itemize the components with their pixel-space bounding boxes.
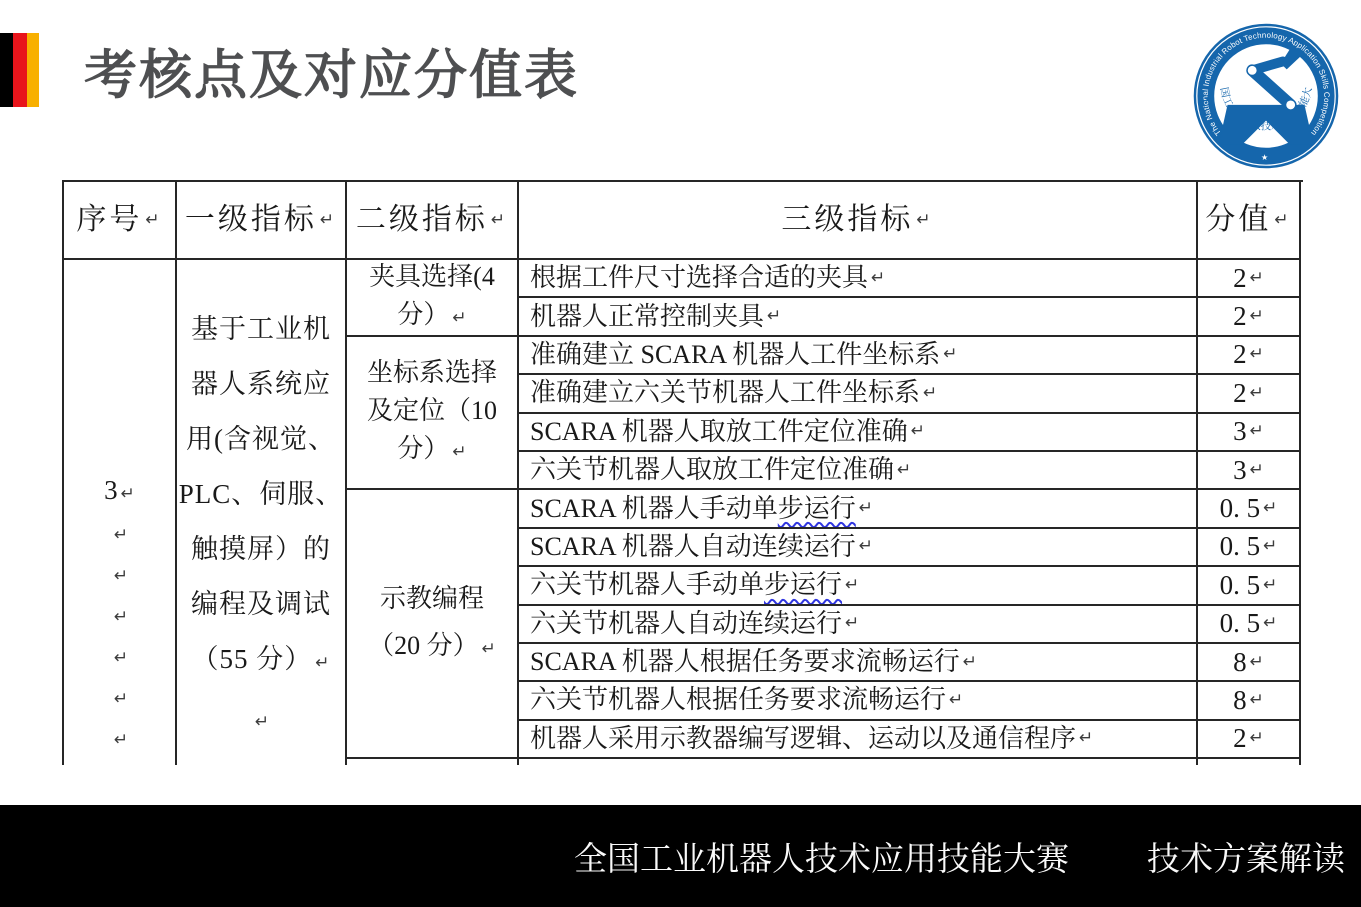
paragraph-mark: ↵ <box>845 615 859 632</box>
level2-line: 坐标系选择 <box>367 354 497 392</box>
level3-cell: SCARA 机器人自动连续运行↵ <box>519 529 1198 567</box>
paragraph-mark: ↵ <box>923 385 937 402</box>
logo-star-left: ★ <box>1204 94 1212 104</box>
score-cell: 3↵ <box>1198 452 1301 490</box>
level3-cell: 六关节机器人根据任务要求流畅运行↵ <box>519 682 1198 720</box>
level3-cell: 机器人采用示教器编写逻辑、运动以及通信程序↵ <box>519 721 1198 759</box>
level2-line: 分）↵ <box>397 430 466 471</box>
paragraph-mark: ↵ <box>491 212 508 229</box>
paragraph-mark: ↵ <box>1250 692 1264 709</box>
paragraph-mark: ↵ <box>255 712 270 732</box>
paragraph-mark: ↵ <box>767 308 781 325</box>
paragraph-mark: ↵ <box>859 500 873 517</box>
score-cell: 0. 5↵ <box>1198 567 1301 605</box>
level2-line: （20 分）↵ <box>368 622 496 673</box>
paragraph-mark: ↵ <box>1250 346 1264 363</box>
empty-paragraph: ↵ <box>111 513 128 554</box>
level2-line: 分）↵ <box>397 296 466 337</box>
level3-cell: SCARA 机器人根据任务要求流畅运行↵ <box>519 644 1198 682</box>
paragraph-mark: ↵ <box>871 270 885 287</box>
level2-line: 夹具选择(4 <box>369 260 495 296</box>
level3-cell: 准确建立 SCARA 机器人工件坐标系↵ <box>519 337 1198 375</box>
paragraph-mark: ↵ <box>943 346 957 363</box>
header-cell: 序号↵ <box>64 182 177 260</box>
paragraph-mark: ↵ <box>114 689 128 709</box>
flag-bar-red <box>13 33 27 107</box>
presentation-slide: 考核点及对应分值表 The National Industrial Robot … <box>0 0 1361 907</box>
score-cell: 2↵ <box>1198 298 1301 336</box>
paragraph-mark: ↵ <box>1263 500 1277 517</box>
paragraph-mark: ↵ <box>452 308 466 328</box>
paragraph-mark: ↵ <box>1250 308 1264 325</box>
paragraph-mark: ↵ <box>114 730 128 750</box>
score-partial-cell <box>1198 759 1301 765</box>
level3-cell: 六关节机器人自动连续运行↵ <box>519 606 1198 644</box>
score-cell: 2↵ <box>1198 375 1301 413</box>
level2-partial-cell <box>347 759 519 765</box>
spellcheck-wavy-underline: 步运行 <box>778 496 856 522</box>
paragraph-mark: ↵ <box>1250 654 1264 671</box>
level2-group-cell: 坐标系选择及定位（10分）↵ <box>347 337 519 491</box>
paragraph-mark: ↵ <box>145 212 162 229</box>
paragraph-mark: ↵ <box>963 654 977 671</box>
paragraph-mark: ↵ <box>1250 730 1264 747</box>
empty-paragraph: ↵ <box>111 595 128 636</box>
level3-cell: 准确建立六关节机器人工件坐标系↵ <box>519 375 1198 413</box>
header-cell: 一级指标↵ <box>177 182 347 260</box>
score-cell: 8↵ <box>1198 644 1301 682</box>
header-cell: 三级指标↵ <box>519 182 1198 260</box>
score-cell: 0. 5↵ <box>1198 529 1301 567</box>
score-cell: 2↵ <box>1198 337 1301 375</box>
level3-partial-cell <box>519 759 1198 765</box>
paragraph-mark: ↵ <box>949 692 963 709</box>
paragraph-mark: ↵ <box>916 212 933 229</box>
serial-number: 3↵ <box>104 472 135 513</box>
paragraph-mark: ↵ <box>482 639 496 659</box>
level1-indicator-cell: 基于工业机器人系统应用(含视觉、PLC、伺服、触摸屏）的编程及调试（55 分）↵… <box>177 260 347 765</box>
paragraph-mark: ↵ <box>1263 538 1277 555</box>
level3-cell: SCARA 机器人取放工件定位准确↵ <box>519 414 1198 452</box>
paragraph-mark: ↵ <box>315 653 330 673</box>
paragraph-mark: ↵ <box>1263 577 1277 594</box>
empty-paragraph: ↵ <box>111 636 128 677</box>
page-title: 考核点及对应分值表 <box>84 33 579 109</box>
level1-line: 用(含视觉、 <box>186 412 336 467</box>
level1-line: 器人系统应 <box>191 357 331 412</box>
paragraph-mark: ↵ <box>897 462 911 479</box>
level1-line: PLC、伺服、 <box>179 467 344 522</box>
serial-number-cell: 3↵↵↵↵↵↵↵↵ <box>64 260 177 765</box>
score-cell: 0. 5↵ <box>1198 606 1301 644</box>
level3-cell: 六关节机器人手动单步运行↵ <box>519 567 1198 605</box>
empty-paragraph: ↵ <box>111 677 128 718</box>
competition-logo: The National Industrial Robot Technology… <box>1192 22 1340 170</box>
paragraph-mark: ↵ <box>114 566 128 586</box>
score-cell: 8↵ <box>1198 682 1301 720</box>
flag-bar-black <box>0 33 13 107</box>
level2-line: 及定位（10 <box>367 392 497 430</box>
paragraph-mark: ↵ <box>1079 730 1093 747</box>
paragraph-mark: ↵ <box>1250 270 1264 287</box>
header-cell: 分值↵ <box>1198 182 1301 260</box>
level3-cell: 机器人正常控制夹具↵ <box>519 298 1198 336</box>
paragraph-mark: ↵ <box>114 525 128 545</box>
level2-group-cell: 夹具选择(4分）↵ <box>347 260 519 337</box>
level3-cell: 六关节机器人取放工件定位准确↵ <box>519 452 1198 490</box>
level2-group-cell: 示教编程（20 分）↵ <box>347 490 519 759</box>
level3-cell: 根据工件尺寸选择合适的夹具↵ <box>519 260 1198 298</box>
footer-doc-title: 技术方案解读 <box>1147 833 1345 880</box>
level1-line: ↵ <box>252 691 270 750</box>
score-table: 序号↵一级指标↵二级指标↵三级指标↵分值↵3↵↵↵↵↵↵↵↵基于工业机器人系统应… <box>62 180 1303 765</box>
paragraph-mark: ↵ <box>1250 462 1264 479</box>
score-cell: 0. 5↵ <box>1198 490 1301 528</box>
score-cell: 2↵ <box>1198 721 1301 759</box>
spellcheck-wavy-underline: 步运行 <box>764 572 842 598</box>
empty-paragraph: ↵ <box>111 759 128 765</box>
flag-bar-gold <box>27 33 39 107</box>
paragraph-mark: ↵ <box>452 442 466 462</box>
level1-line: 触摸屏）的 <box>191 522 331 577</box>
empty-paragraph: ↵ <box>111 718 128 759</box>
footer-competition-name: 全国工业机器人技术应用技能大赛 <box>574 833 1069 880</box>
level1-line: 编程及调试 <box>191 577 331 632</box>
level1-line: 基于工业机 <box>191 302 331 357</box>
paragraph-mark: ↵ <box>1274 212 1291 229</box>
logo-outer-ring <box>1195 25 1337 167</box>
paragraph-mark: ↵ <box>1250 385 1264 402</box>
logo-star-bottom: ★ <box>1261 153 1268 162</box>
logo-star-right: ★ <box>1318 94 1326 104</box>
paragraph-mark: ↵ <box>1263 615 1277 632</box>
paragraph-mark: ↵ <box>859 538 873 555</box>
header-cell: 二级指标↵ <box>347 182 519 260</box>
score-cell: 2↵ <box>1198 260 1301 298</box>
paragraph-mark: ↵ <box>911 423 925 440</box>
paragraph-mark: ↵ <box>845 577 859 594</box>
level2-line: 示教编程 <box>380 575 484 622</box>
score-cell: 3↵ <box>1198 414 1301 452</box>
paragraph-mark: ↵ <box>121 484 135 504</box>
paragraph-mark: ↵ <box>114 648 128 668</box>
footer-bar: 全国工业机器人技术应用技能大赛 技术方案解读 <box>0 805 1361 907</box>
paragraph-mark: ↵ <box>1250 423 1264 440</box>
empty-paragraph: ↵ <box>111 554 128 595</box>
level3-cell: SCARA 机器人手动单步运行↵ <box>519 490 1198 528</box>
paragraph-mark: ↵ <box>320 212 337 229</box>
paragraph-mark: ↵ <box>114 607 128 627</box>
level1-line: （55 分）↵ <box>192 632 331 691</box>
